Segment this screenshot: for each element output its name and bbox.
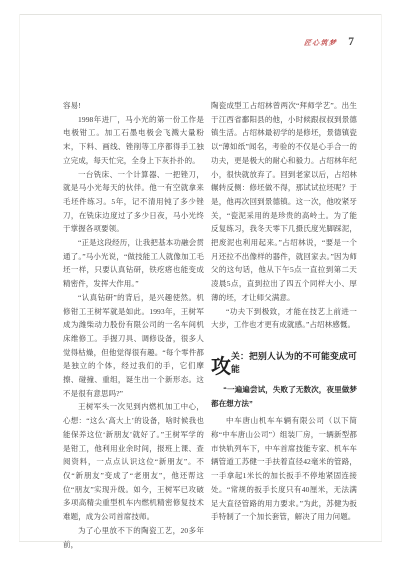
left-column: 容易! 1998年进厂，马小光的第一份工作是电极钳工。加工石墨电极会飞溅大量粉末…	[63, 99, 204, 551]
paragraph: 中车唐山机车车辆有限公司（以下简称“中车唐山公司”）组装厂房，一辆新型都市快轨列…	[211, 414, 357, 524]
text-columns: 容易! 1998年进厂，马小光的第一份工作是电极钳工。加工石墨电极会飞溅大量粉末…	[63, 99, 357, 551]
paragraph-continuation: 陶瓷成型工占绍林曾两次“拜师学艺”。出生于江西省鄱阳县的他，小时候跟叔叔到景德镇…	[211, 99, 357, 305]
paragraph: “功夫下到极致，才能在技艺上前进一大步，工作也才更有成就感。”占绍林感慨。	[211, 305, 357, 332]
right-column: 陶瓷成型工占绍林曾两次“拜师学艺”。出生于江西省鄱阳县的他，小时候跟叔叔到景德镇…	[211, 99, 357, 551]
page-sheet: 匠心筑梦 7 容易! 1998年进厂，马小光的第一份工作是电极钳工。加工石墨电极…	[0, 0, 400, 571]
paragraph: 一台铣床、一个计算器、一把锉刀，就是马小光每天的伙伴。他一有空就拿来毛坯件练习。…	[63, 168, 204, 237]
page-edge-right	[381, 14, 382, 541]
section-dropcap: 攻	[211, 358, 231, 377]
paragraph: “正是这段经历，让我把基本功融会贯通了。”马小光说，“做技能工人就像加工毛坯一样…	[63, 236, 204, 291]
header-wordmark: 匠心筑梦	[304, 38, 338, 48]
paragraph: 1998年进厂，马小光的第一份工作是电极钳工。加工石墨电极会飞溅大量粉末，下料、…	[63, 113, 204, 168]
paragraph: “认真钻研”的背后，是兴趣使然。机修钳工王树军就是如此。1993年，王树军成为潍…	[63, 291, 204, 401]
running-header: 匠心筑梦 7	[304, 36, 354, 48]
page-edge-top	[19, 14, 382, 15]
paragraph: 王树军头一次见到内燃机加工中心，心想：“这么‘高大上’的设备，啥时候我也能保养这…	[63, 400, 204, 523]
paragraph: 为了心里放不下的陶瓷工艺，20多年前，	[63, 524, 204, 551]
section-heading: 攻 关：把别人认为的不可能变成可能	[211, 349, 357, 377]
section-title: 关：把别人认为的不可能变成可能	[231, 349, 357, 377]
page-number: 7	[348, 36, 354, 48]
section-subquote: “一遍遍尝试，失败了无数次，夜里做梦都在想方法”	[211, 383, 357, 410]
page-edge-left	[19, 14, 20, 541]
paragraph-continuation: 容易!	[63, 99, 204, 113]
